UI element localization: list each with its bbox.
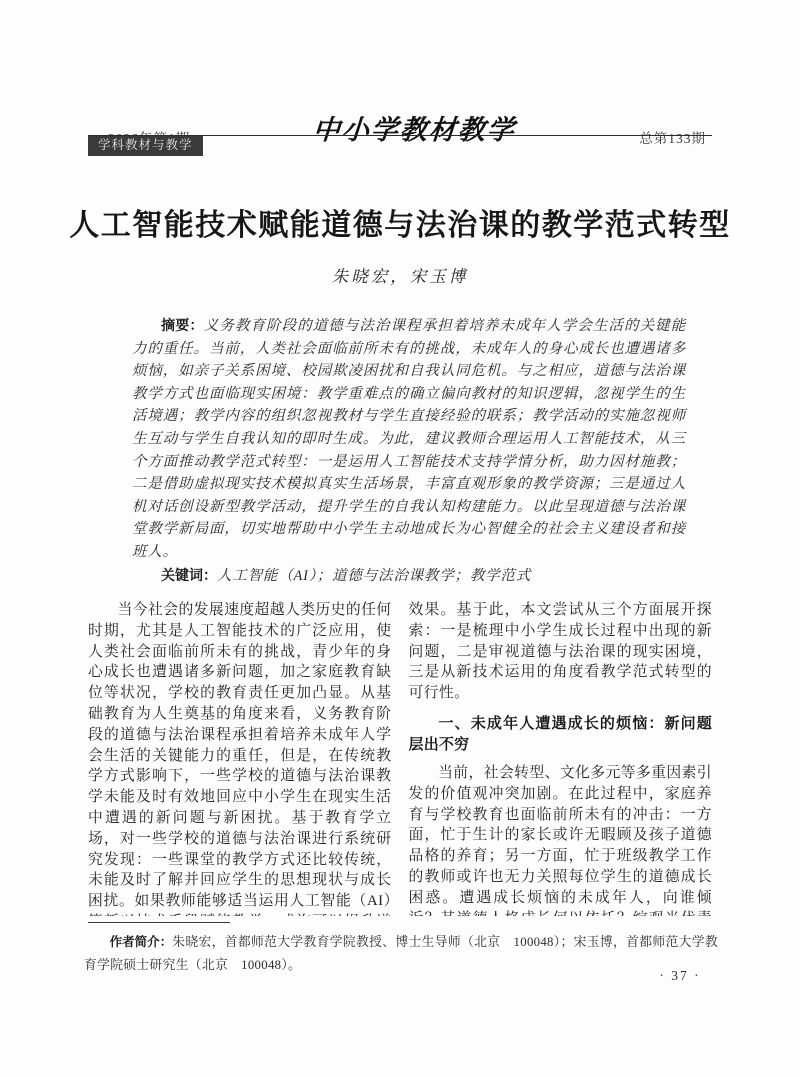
author-bio-label: 作者简介： [110, 935, 173, 949]
body-paragraph-right: 当前，社会转型、文化多元等多重因素引发的价值观冲突加剧。在此过程中，家庭养育与学… [409, 763, 713, 916]
body-paragraph-left: 当今社会的发展速度超越人类历史的任何时期，尤其是人工智能技术的广泛应用，使人类社… [88, 600, 392, 916]
footnote-divider [88, 922, 230, 923]
article-authors: 朱晓宏，宋玉博 [0, 263, 800, 287]
body-paragraph-continuation: 效果。基于此，本文尝试从三个方面展开探索：一是梳理中小学生成长过程中出现的新问题… [409, 600, 713, 704]
keywords-label: 关键词： [161, 567, 217, 583]
abstract-block: 摘要：义务教育阶段的道德与法治课程承担着培养未成年人学会生活的关键能力的重任。当… [132, 314, 686, 587]
abstract-label: 摘要： [161, 317, 204, 333]
body-columns: 当今社会的发展速度超越人类历史的任何时期，尤其是人工智能技术的广泛应用，使人类社… [88, 600, 712, 916]
article-title: 人工智能技术赋能道德与法治课的教学范式转型 [50, 200, 750, 244]
journal-page: 2026年第1期 中小学教材教学 总第133期 学科教材与教学 人工智能技术赋能… [0, 0, 800, 1077]
section-heading: 一、未成年人遭遇成长的烦恼：新问题层出不穷 [409, 713, 713, 756]
left-column: 当今社会的发展速度超越人类历史的任何时期，尤其是人工智能技术的广泛应用，使人类社… [88, 600, 392, 916]
journal-masthead: 中小学教材教学 [312, 108, 518, 147]
author-bio: 作者简介：朱晓宏，首都师范大学教育学院教授、博士生导师（北京 100048）；宋… [84, 931, 718, 976]
abstract-paragraph: 摘要：义务教育阶段的道德与法治课程承担着培养未成年人学会生活的关键能力的重任。当… [132, 314, 686, 564]
right-column: 效果。基于此，本文尝试从三个方面展开探索：一是梳理中小学生成长过程中出现的新问题… [409, 600, 713, 916]
cumulative-issue-number: 总第133期 [639, 127, 712, 147]
abstract-text: 义务教育阶段的道德与法治课程承担着培养未成年人学会生活的关键能力的重任。当前，人… [132, 318, 686, 560]
keywords-paragraph: 关键词：人工智能（AI）；道德与法治课教学；教学范式 [132, 564, 686, 588]
keywords-text: 人工智能（AI）；道德与法治课教学；教学范式 [217, 568, 531, 584]
author-bio-text: 朱晓宏，首都师范大学教育学院教授、博士生导师（北京 100048）；宋玉博，首都… [84, 935, 718, 972]
section-badge: 学科教材与教学 [88, 136, 203, 156]
page-number: · 37 · [638, 968, 722, 984]
